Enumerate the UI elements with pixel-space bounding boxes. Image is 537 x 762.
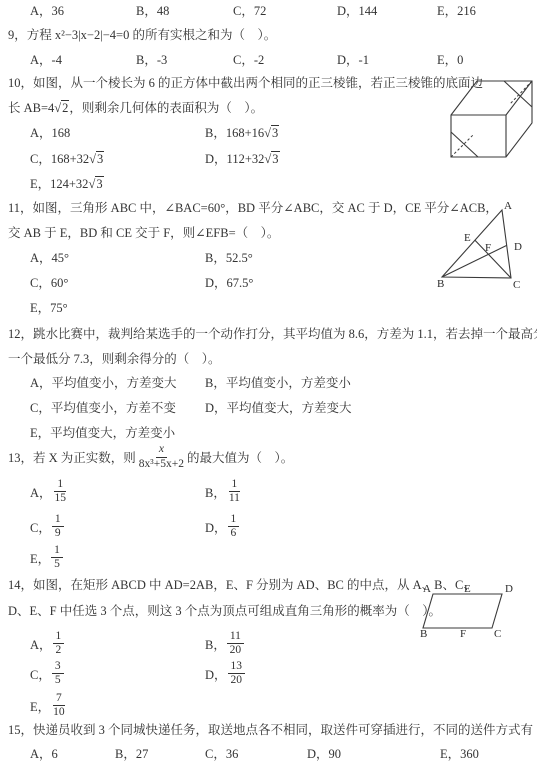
- q14-stem-line1: 14，如图，在矩形 ABCD 中 AD=2AB，E、F 分别为 AD、BC 的中…: [8, 578, 476, 593]
- q11-option-a: A，45°: [30, 251, 69, 266]
- q10-stem-line1: 10，如图，从一个棱长为 6 的正方体中截出两个相同的正三棱锥，若正三棱锥的底面…: [8, 76, 483, 91]
- rectangle-lines: [423, 594, 502, 628]
- sqrt-3: √3: [89, 151, 104, 166]
- triangle-label-f: F: [485, 242, 491, 254]
- q9-option-b: B，-3: [136, 53, 167, 68]
- rect-label-b: B: [420, 628, 427, 639]
- cube-lines: [451, 81, 532, 157]
- q11-stem-line1: 11，如图，三角形 ABC 中，∠BAC=60°，BD 平分∠ABC，交 AC …: [8, 201, 498, 216]
- q15-option-d: D，90: [307, 747, 341, 762]
- q15-option-e: E，360: [440, 747, 479, 762]
- triangle-lines: [442, 210, 511, 278]
- q12-option-b: B，平均值变小，方差变小: [205, 376, 351, 391]
- triangle-label-e: E: [464, 232, 471, 244]
- q9-stem: 9，方程 x²−3|x−2|−4=0 的所有实根之和为（ ）。: [8, 28, 276, 43]
- q13-fraction: x 8x³+5x+2: [137, 443, 186, 470]
- q13-option-d: D，16: [205, 513, 240, 540]
- q9-option-d: D，-1: [337, 53, 369, 68]
- q13-option-e: E，15: [30, 544, 64, 571]
- q10-option-b: B，168+16√3: [205, 126, 279, 141]
- q14-stem-line2: D、E、F 中任选 3 个点，则这 3 个点为顶点可组成直角三角形的概率为（ ）…: [8, 604, 441, 619]
- q10-option-a: A，168: [30, 126, 70, 141]
- q12-stem-line1: 12，跳水比赛中，裁判给某选手的一个动作打分，其平均值为 8.6，方差为 1.1…: [8, 327, 537, 342]
- triangle-label-c: C: [513, 279, 520, 291]
- q14-option-d: D，1320: [205, 660, 246, 687]
- q15-option-a: A，6: [30, 747, 58, 762]
- q15-option-c: C，36: [205, 747, 238, 762]
- triangle-label-d: D: [514, 241, 522, 253]
- q12-option-c: C，平均值变小，方差不变: [30, 401, 176, 416]
- q15-stem: 15，快递员收到 3 个同城快递任务，取送地点各不相同，取送件可穿插进行，不同的…: [8, 723, 537, 738]
- rect-label-e: E: [464, 583, 471, 595]
- sqrt-3: √3: [88, 176, 103, 191]
- sqrt-3: √3: [264, 151, 279, 166]
- sqrt-3: √3: [264, 125, 279, 140]
- sqrt-2: √2: [54, 100, 69, 115]
- q9-option-c: C，-2: [233, 53, 264, 68]
- q10-stem-line2: 长 AB=4√2，则剩余几何体的表面积为（ ）。: [8, 101, 263, 116]
- q14-option-a: A，12: [30, 630, 65, 657]
- q11-option-d: D，67.5°: [205, 276, 253, 291]
- q12-option-d: D，平均值变大，方差变大: [205, 401, 352, 416]
- q9-option-e: E，0: [437, 53, 463, 68]
- q13-option-c: C，19: [30, 513, 65, 540]
- rectangle-figure: A E D B F C: [420, 581, 536, 639]
- q8-option-a: A，36: [30, 4, 64, 19]
- q10-option-c: C，168+32√3: [30, 152, 104, 167]
- q8-option-b: B，48: [136, 4, 169, 19]
- q13-option-b: B，111: [205, 478, 243, 505]
- q11-option-c: C，60°: [30, 276, 68, 291]
- rect-label-a: A: [423, 583, 431, 595]
- q14-option-b: B，1120: [205, 630, 245, 657]
- q13-stem-post: 的最大值为（ ）。: [187, 448, 293, 466]
- q8-option-e: E，216: [437, 4, 476, 19]
- q10-option-d: D，112+32√3: [205, 152, 280, 167]
- q8-option-c: C，72: [233, 4, 266, 19]
- rect-label-c: C: [494, 628, 501, 639]
- q12-option-e: E，平均值变大，方差变小: [30, 426, 175, 441]
- triangle-figure: A B C D E F: [437, 199, 537, 292]
- rect-label-f: F: [460, 628, 466, 639]
- q14-option-c: C，35: [30, 660, 65, 687]
- q14-option-e: E，710: [30, 692, 68, 719]
- q15-option-b: B，27: [115, 747, 148, 762]
- q11-stem-line2: 交 AB 于 E，BD 和 CE 交于 F，则∠EFB=（ ）。: [8, 226, 279, 241]
- q8-option-d: D，144: [337, 4, 377, 19]
- q11-option-e: E，75°: [30, 301, 68, 316]
- rect-label-d: D: [505, 583, 513, 595]
- q13-option-a: A，115: [30, 478, 69, 505]
- q11-option-b: B，52.5°: [205, 251, 253, 266]
- q12-stem-line2: 一个最低分 7.3，则剩余得分的（ ）。: [8, 352, 221, 367]
- cube-figure: [449, 77, 535, 161]
- q9-option-a: A，-4: [30, 53, 62, 68]
- triangle-label-a: A: [504, 200, 512, 212]
- q12-option-a: A，平均值变小，方差变大: [30, 376, 177, 391]
- triangle-label-b: B: [437, 278, 444, 290]
- q13-stem: 13，若 X 为正实数，则 x 8x³+5x+2 的最大值为（ ）。: [8, 441, 293, 473]
- exam-page: A，36 B，48 C，72 D，144 E，216 9，方程 x²−3|x−2…: [0, 0, 537, 762]
- q10-option-e: E，124+32√3: [30, 177, 104, 192]
- q13-stem-pre: 13，若 X 为正实数，则: [8, 448, 136, 466]
